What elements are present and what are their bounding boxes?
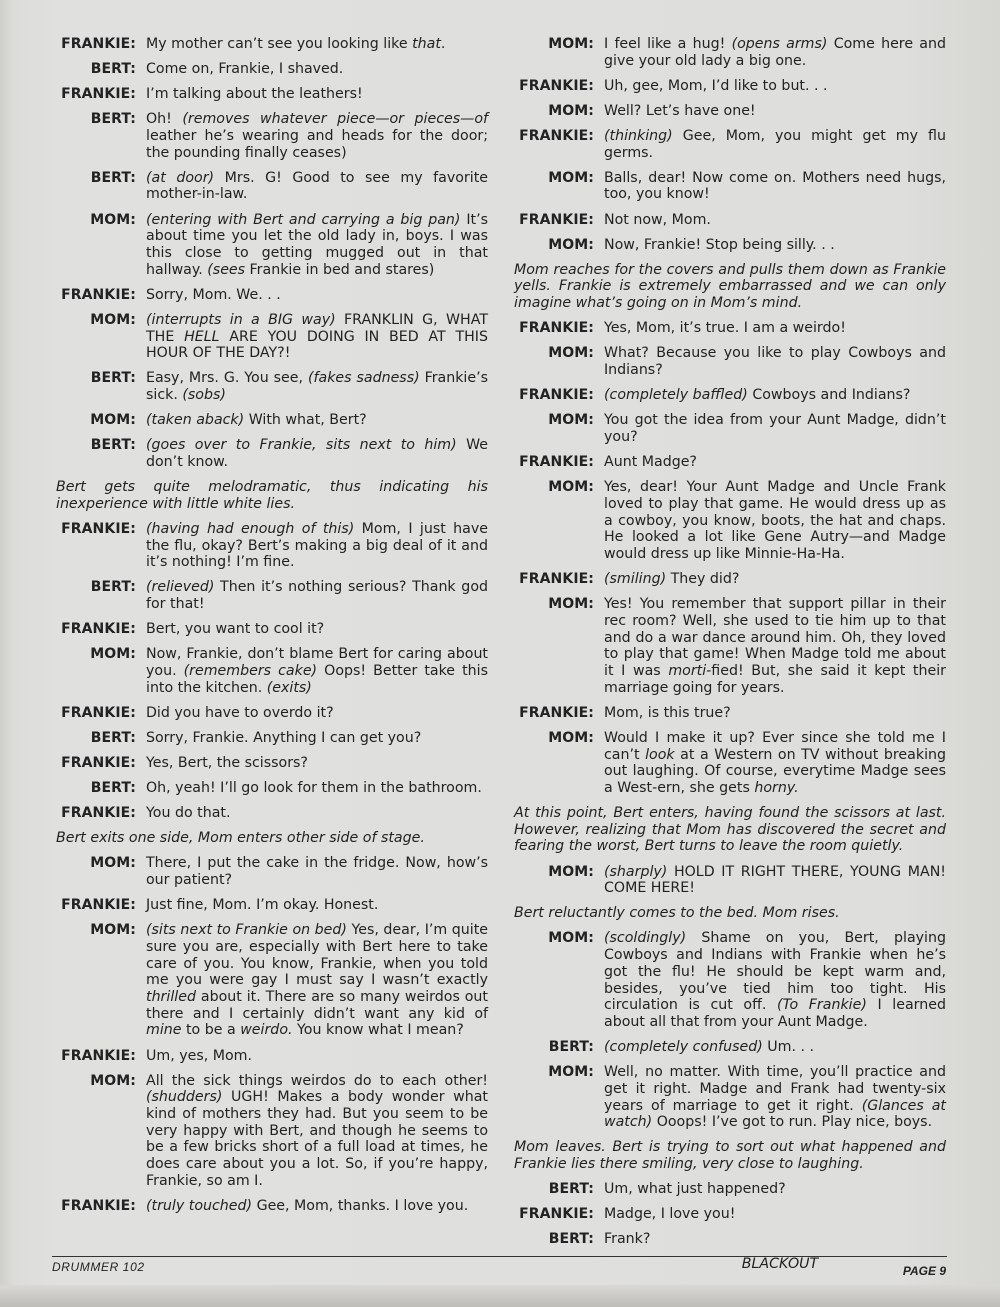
speaker-name: FRANKIE:	[56, 897, 146, 914]
dialogue-text: Yes, Bert, the scissors?	[146, 755, 488, 772]
dialogue-text: Sorry, Frankie. Anything I can get you?	[146, 730, 488, 747]
dialogue-line: FRANKIE:Yes, Bert, the scissors?	[56, 755, 488, 772]
speaker-name: BERT:	[56, 780, 146, 797]
speaker-name: MOM:	[56, 212, 146, 279]
dialogue-text: (taken aback) With what, Bert?	[146, 412, 488, 429]
speaker-name: MOM:	[56, 855, 146, 888]
speaker-name: FRANKIE:	[514, 320, 604, 337]
dialogue-line: FRANKIE:Bert, you want to cool it?	[56, 621, 488, 638]
stage-direction: Bert exits one side, Mom enters other si…	[56, 830, 488, 847]
dialogue-line: MOM:(taken aback) With what, Bert?	[56, 412, 488, 429]
dialogue-text: Yes, Mom, it’s true. I am a weirdo!	[604, 320, 946, 337]
dialogue-text: Now, Frankie, don’t blame Bert for carin…	[146, 646, 488, 696]
speaker-name: FRANKIE:	[56, 1048, 146, 1065]
dialogue-text: Did you have to overdo it?	[146, 705, 488, 722]
dialogue-line: FRANKIE:Aunt Madge?	[514, 454, 946, 471]
speaker-name: MOM:	[514, 730, 604, 797]
dialogue-line: FRANKIE:(having had enough of this) Mom,…	[56, 521, 488, 571]
speaker-name: FRANKIE:	[514, 212, 604, 229]
page-number: PAGE 9	[903, 1264, 946, 1278]
speaker-name: MOM:	[56, 312, 146, 362]
dialogue-line: FRANKIE:My mother can’t see you looking …	[56, 36, 488, 53]
dialogue-line: FRANKIE:Did you have to overdo it?	[56, 705, 488, 722]
speaker-name: BERT:	[56, 61, 146, 78]
dialogue-line: FRANKIE:(completely baffled) Cowboys and…	[514, 387, 946, 404]
speaker-name: FRANKIE:	[514, 78, 604, 95]
dialogue-text: (scoldingly) Shame on you, Bert, playing…	[604, 930, 946, 1030]
speaker-name: BERT:	[514, 1181, 604, 1198]
dialogue-text: My mother can’t see you looking like tha…	[146, 36, 488, 53]
speaker-name: FRANKIE:	[514, 705, 604, 722]
dialogue-line: MOM:All the sick things weirdos do to ea…	[56, 1073, 488, 1190]
dialogue-text: (interrupts in a BIG way) FRANKLIN G, WH…	[146, 312, 488, 362]
speaker-name: MOM:	[56, 412, 146, 429]
dialogue-text: Um, what just happened?	[604, 1181, 946, 1198]
speaker-name: MOM:	[514, 1064, 604, 1131]
dialogue-line: MOM:Balls, dear! Now come on. Mothers ne…	[514, 170, 946, 203]
speaker-name: FRANKIE:	[56, 705, 146, 722]
dialogue-text: (having had enough of this) Mom, I just …	[146, 521, 488, 571]
dialogue-text: There, I put the cake in the fridge. Now…	[146, 855, 488, 888]
speaker-name: MOM:	[514, 596, 604, 696]
dialogue-text: (truly touched) Gee, Mom, thanks. I love…	[146, 1198, 488, 1215]
speaker-name: BERT:	[56, 579, 146, 612]
dialogue-line: MOM:Well? Let’s have one!	[514, 103, 946, 120]
dialogue-text: What? Because you like to play Cowboys a…	[604, 345, 946, 378]
dialogue-line: BERT:Come on, Frankie, I shaved.	[56, 61, 488, 78]
speaker-name: MOM:	[514, 103, 604, 120]
dialogue-text: Oh, yeah! I’ll go look for them in the b…	[146, 780, 488, 797]
dialogue-line: FRANKIE:Not now, Mom.	[514, 212, 946, 229]
dialogue-text: (thinking) Gee, Mom, you might get my fl…	[604, 128, 946, 161]
stage-direction: Mom reaches for the covers and pulls the…	[514, 262, 946, 312]
magazine-page: FRANKIE:My mother can’t see you looking …	[0, 0, 1000, 1307]
dialogue-line: BERT:Sorry, Frankie. Anything I can get …	[56, 730, 488, 747]
dialogue-line: FRANKIE:Madge, I love you!	[514, 1206, 946, 1223]
dialogue-text: Not now, Mom.	[604, 212, 946, 229]
dialogue-line: FRANKIE:Um, yes, Mom.	[56, 1048, 488, 1065]
speaker-name: BERT:	[514, 1231, 604, 1248]
dialogue-line: BERT:Frank?	[514, 1231, 946, 1248]
right-column: MOM:I feel like a hug! (opens arms) Come…	[514, 36, 946, 1273]
dialogue-text: I’m talking about the leathers!	[146, 86, 488, 103]
publication-issue: DRUMMER 102	[52, 1260, 145, 1274]
speaker-name: FRANKIE:	[514, 454, 604, 471]
dialogue-text: I feel like a hug! (opens arms) Come her…	[604, 36, 946, 69]
speaker-name: FRANKIE:	[56, 36, 146, 53]
speaker-name: MOM:	[514, 930, 604, 1030]
dialogue-line: FRANKIE:Just fine, Mom. I’m okay. Honest…	[56, 897, 488, 914]
speaker-name: BERT:	[514, 1039, 604, 1056]
stage-direction: Bert reluctantly comes to the bed. Mom r…	[514, 905, 946, 922]
dialogue-text: Easy, Mrs. G. You see, (fakes sadness) F…	[146, 370, 488, 403]
speaker-name: MOM:	[514, 36, 604, 69]
speaker-name: FRANKIE:	[56, 621, 146, 638]
dialogue-text: Balls, dear! Now come on. Mothers need h…	[604, 170, 946, 203]
dialogue-line: MOM:Yes, dear! Your Aunt Madge and Uncle…	[514, 479, 946, 563]
dialogue-text: Um, yes, Mom.	[146, 1048, 488, 1065]
speaker-name: BERT:	[56, 370, 146, 403]
speaker-name: MOM:	[514, 412, 604, 445]
dialogue-text: Madge, I love you!	[604, 1206, 946, 1223]
speaker-name: MOM:	[514, 479, 604, 563]
stage-direction: Bert gets quite melodramatic, thus indic…	[56, 479, 488, 512]
speaker-name: FRANKIE:	[514, 1206, 604, 1223]
speaker-name: MOM:	[514, 170, 604, 203]
dialogue-text: Mom, is this true?	[604, 705, 946, 722]
dialogue-text: Bert, you want to cool it?	[146, 621, 488, 638]
dialogue-text: (smiling) They did?	[604, 571, 946, 588]
dialogue-line: MOM:Well, no matter. With time, you’ll p…	[514, 1064, 946, 1131]
left-column: FRANKIE:My mother can’t see you looking …	[56, 36, 488, 1223]
dialogue-text: Yes! You remember that support pillar in…	[604, 596, 946, 696]
speaker-name: BERT:	[56, 437, 146, 470]
dialogue-line: FRANKIE:Sorry, Mom. We. . .	[56, 287, 488, 304]
dialogue-line: FRANKIE:You do that.	[56, 805, 488, 822]
dialogue-line: MOM:(interrupts in a BIG way) FRANKLIN G…	[56, 312, 488, 362]
dialogue-line: BERT:(completely confused) Um. . .	[514, 1039, 946, 1056]
dialogue-text: (relieved) Then it’s nothing serious? Th…	[146, 579, 488, 612]
dialogue-line: FRANKIE:(truly touched) Gee, Mom, thanks…	[56, 1198, 488, 1215]
dialogue-line: FRANKIE:(thinking) Gee, Mom, you might g…	[514, 128, 946, 161]
dialogue-line: MOM:Yes! You remember that support pilla…	[514, 596, 946, 696]
dialogue-text: (completely confused) Um. . .	[604, 1039, 946, 1056]
dialogue-text: Sorry, Mom. We. . .	[146, 287, 488, 304]
speaker-name: BERT:	[56, 111, 146, 161]
dialogue-line: BERT:(relieved) Then it’s nothing seriou…	[56, 579, 488, 612]
dialogue-line: BERT:Oh, yeah! I’ll go look for them in …	[56, 780, 488, 797]
dialogue-line: MOM:Now, Frankie! Stop being silly. . .	[514, 237, 946, 254]
dialogue-line: BERT:Easy, Mrs. G. You see, (fakes sadne…	[56, 370, 488, 403]
speaker-name: MOM:	[56, 922, 146, 1039]
speaker-name: BERT:	[56, 170, 146, 203]
dialogue-line: FRANKIE:Yes, Mom, it’s true. I am a weir…	[514, 320, 946, 337]
speaker-name: FRANKIE:	[56, 521, 146, 571]
dialogue-line: MOM:(sits next to Frankie on bed) Yes, d…	[56, 922, 488, 1039]
dialogue-line: BERT:Oh! (removes whatever piece—or piec…	[56, 111, 488, 161]
speaker-name: MOM:	[514, 864, 604, 897]
dialogue-line: MOM:Now, Frankie, don’t blame Bert for c…	[56, 646, 488, 696]
dialogue-line: BERT:(at door) Mrs. G! Good to see my fa…	[56, 170, 488, 203]
dialogue-text: Yes, dear! Your Aunt Madge and Uncle Fra…	[604, 479, 946, 563]
dialogue-text: You do that.	[146, 805, 488, 822]
dialogue-text: Aunt Madge?	[604, 454, 946, 471]
dialogue-line: BERT:(goes over to Frankie, sits next to…	[56, 437, 488, 470]
dialogue-text: (goes over to Frankie, sits next to him)…	[146, 437, 488, 470]
speaker-name: FRANKIE:	[56, 755, 146, 772]
speaker-name: BERT:	[56, 730, 146, 747]
dialogue-text: Oh! (removes whatever piece—or pieces—of…	[146, 111, 488, 161]
dialogue-text: All the sick things weirdos do to each o…	[146, 1073, 488, 1190]
dialogue-line: MOM:(scoldingly) Shame on you, Bert, pla…	[514, 930, 946, 1030]
dialogue-text: Just fine, Mom. I’m okay. Honest.	[146, 897, 488, 914]
scene-end-marker: BLACKOUT	[514, 1256, 946, 1273]
dialogue-line: MOM:I feel like a hug! (opens arms) Come…	[514, 36, 946, 69]
speaker-name: FRANKIE:	[514, 571, 604, 588]
dialogue-line: MOM:(sharply) HOLD IT RIGHT THERE, YOUNG…	[514, 864, 946, 897]
dialogue-line: FRANKIE:Uh, gee, Mom, I’d like to but. .…	[514, 78, 946, 95]
speaker-name: FRANKIE:	[514, 128, 604, 161]
speaker-name: FRANKIE:	[56, 1198, 146, 1215]
dialogue-text: (at door) Mrs. G! Good to see my favorit…	[146, 170, 488, 203]
dialogue-text: Come on, Frankie, I shaved.	[146, 61, 488, 78]
dialogue-line: MOM:(entering with Bert and carrying a b…	[56, 212, 488, 279]
dialogue-text: You got the idea from your Aunt Madge, d…	[604, 412, 946, 445]
dialogue-line: FRANKIE:(smiling) They did?	[514, 571, 946, 588]
footer-divider	[52, 1256, 947, 1257]
stage-direction: Mom leaves. Bert is trying to sort out w…	[514, 1139, 946, 1172]
dialogue-line: BERT:Um, what just happened?	[514, 1181, 946, 1198]
speaker-name: FRANKIE:	[514, 387, 604, 404]
dialogue-line: MOM:You got the idea from your Aunt Madg…	[514, 412, 946, 445]
dialogue-line: FRANKIE:Mom, is this true?	[514, 705, 946, 722]
dialogue-line: FRANKIE:I’m talking about the leathers!	[56, 86, 488, 103]
dialogue-text: Well? Let’s have one!	[604, 103, 946, 120]
dialogue-text: Frank?	[604, 1231, 946, 1248]
speaker-name: MOM:	[56, 646, 146, 696]
speaker-name: FRANKIE:	[56, 805, 146, 822]
dialogue-text: (sits next to Frankie on bed) Yes, dear,…	[146, 922, 488, 1039]
dialogue-line: MOM:There, I put the cake in the fridge.…	[56, 855, 488, 888]
speaker-name: MOM:	[514, 237, 604, 254]
dialogue-text: (sharply) HOLD IT RIGHT THERE, YOUNG MAN…	[604, 864, 946, 897]
stage-direction: At this point, Bert enters, having found…	[514, 805, 946, 855]
dialogue-line: MOM:Would I make it up? Ever since she t…	[514, 730, 946, 797]
speaker-name: MOM:	[514, 345, 604, 378]
dialogue-text: Now, Frankie! Stop being silly. . .	[604, 237, 946, 254]
speaker-name: FRANKIE:	[56, 287, 146, 304]
dialogue-line: MOM:What? Because you like to play Cowbo…	[514, 345, 946, 378]
speaker-name: MOM:	[56, 1073, 146, 1190]
dialogue-text: Uh, gee, Mom, I’d like to but. . .	[604, 78, 946, 95]
dialogue-text: (completely baffled) Cowboys and Indians…	[604, 387, 946, 404]
dialogue-text: (entering with Bert and carrying a big p…	[146, 212, 488, 279]
dialogue-text: Well, no matter. With time, you’ll pract…	[604, 1064, 946, 1131]
dialogue-text: Would I make it up? Ever since she told …	[604, 730, 946, 797]
speaker-name: FRANKIE:	[56, 86, 146, 103]
